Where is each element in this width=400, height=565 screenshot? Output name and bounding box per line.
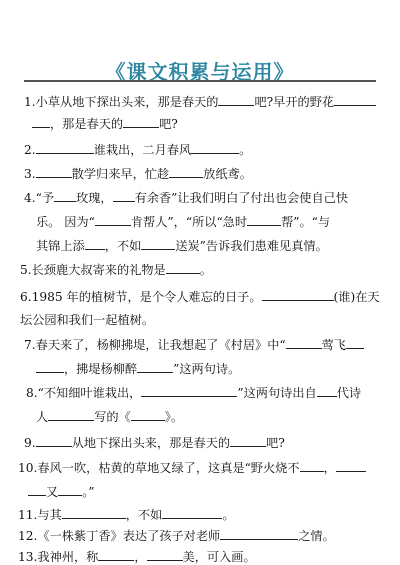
answer-blank[interactable] (141, 384, 237, 397)
question-text: 10.春风一吹，枯黄的草地又绿了，这真是“野火烧不 (18, 461, 300, 475)
answer-blank[interactable] (162, 506, 222, 519)
question-8-line-1: 8.“不知细叶谁栽出，”这两句诗出自代诗 (26, 384, 361, 401)
answer-blank[interactable] (36, 434, 72, 447)
question-text: 。” (82, 485, 94, 499)
question-text: 1.小草从地下探出头来，那是春天的 (24, 95, 218, 109)
question-text: 有余香”让我们明白了付出也会使自己快 (135, 191, 348, 205)
answer-blank[interactable] (28, 483, 46, 496)
answer-blank[interactable] (85, 237, 105, 250)
question-text: 又 (46, 485, 58, 499)
answer-blank[interactable] (247, 213, 281, 226)
question-3-line-1: 3.散学归来早，忙趁放纸鸢。 (24, 165, 252, 182)
question-11-line-1: 11.与其，不如。 (18, 506, 235, 523)
question-4-line-3: 其锦上添，不如送炭”告诉我们患难见真情。 (36, 237, 328, 254)
question-text: 13.我神州，称 (18, 550, 98, 564)
answer-blank[interactable] (262, 288, 334, 301)
answer-blank[interactable] (147, 548, 183, 561)
question-text: 2. (24, 143, 36, 157)
answer-blank[interactable] (286, 336, 322, 349)
question-text: 美，可入画。 (183, 550, 256, 564)
answer-blank[interactable] (220, 527, 298, 540)
question-text: 11.与其 (18, 508, 62, 522)
question-13-line-1: 13.我神州，称，美，可入画。 (18, 548, 256, 565)
answer-blank[interactable] (32, 115, 50, 128)
question-text: 吧? (266, 436, 285, 450)
question-text: ， (324, 461, 336, 475)
question-7-line-2: ，拂堤杨柳醉”这两句诗。 (36, 360, 240, 377)
question-text: 代诗 (337, 386, 361, 400)
answer-blank[interactable] (123, 115, 159, 128)
answer-blank[interactable] (131, 408, 165, 421)
question-text: 。 (222, 508, 234, 522)
question-1-line-1: 1.小草从地下探出头来，那是春天的吧?早开的野花 (24, 93, 376, 110)
answer-blank[interactable] (334, 93, 376, 106)
question-text: 吧? (159, 117, 178, 131)
question-text: 。 (239, 143, 251, 157)
question-6-line-2: 坛公园和我们一起植树。 (20, 312, 154, 328)
question-text: 莺飞 (322, 338, 346, 352)
question-text: ，不如 (105, 239, 142, 253)
question-text: 3. (24, 167, 36, 181)
answer-blank[interactable] (336, 459, 366, 472)
question-2-line-1: 2.谁栽出，二月春风。 (24, 141, 251, 158)
answer-blank[interactable] (36, 165, 72, 178)
question-9-line-1: 9.从地下探出头来，那是春天的吧? (24, 434, 285, 451)
question-text: 帮”。“与 (281, 215, 330, 229)
answer-blank[interactable] (98, 548, 134, 561)
question-text: ”这两句诗。 (173, 362, 240, 376)
question-text: 肯帮人”，“所以“急时 (131, 215, 247, 229)
answer-blank[interactable] (36, 141, 94, 154)
question-8-line-2: 人写的《》。 (36, 408, 183, 425)
question-text: 之情。 (298, 529, 335, 543)
question-6-line-1: 6.1985 年的植树节，是个令人难忘的日子。(谁)在天 (20, 288, 380, 305)
question-text: 7.春天来了，杨柳拂堤，让我想起了《村居》中“ (24, 338, 286, 352)
answer-blank[interactable] (346, 336, 364, 349)
question-text: 玫瑰， (76, 191, 113, 205)
question-text: 人 (36, 410, 48, 424)
question-text: ， (134, 550, 146, 564)
question-text: ，那是春天的 (50, 117, 123, 131)
answer-blank[interactable] (58, 483, 82, 496)
answer-blank[interactable] (169, 165, 203, 178)
question-text: 9. (24, 436, 36, 450)
question-text: 8.“不知细叶谁栽出， (26, 386, 141, 400)
question-text: ，拂堤杨柳醉 (64, 362, 137, 376)
answer-blank[interactable] (317, 384, 337, 397)
question-text: 从地下探出头来，那是春天的 (72, 436, 230, 450)
answer-blank[interactable] (191, 141, 239, 154)
question-text: 送炭”告诉我们患难见真情。 (175, 239, 327, 253)
question-text: 坛公园和我们一起植树。 (20, 313, 154, 327)
question-text: 6.1985 年的植树节，是个令人难忘的日子。 (20, 290, 262, 304)
question-1-line-2: ，那是春天的吧? (32, 115, 178, 132)
question-text: 散学归来早，忙趁 (72, 167, 170, 181)
answer-blank[interactable] (166, 261, 200, 274)
answer-blank[interactable] (62, 506, 126, 519)
question-text: 5.长颈鹿大叔寄来的礼物是 (20, 263, 166, 277)
answer-blank[interactable] (36, 360, 64, 373)
answer-blank[interactable] (218, 93, 254, 106)
question-text: (谁)在天 (334, 290, 380, 304)
answer-blank[interactable] (300, 459, 324, 472)
answer-blank[interactable] (95, 213, 131, 226)
question-text: 谁栽出，二月春风 (94, 143, 192, 157)
question-4-line-2: 乐。 因为“肯帮人”，“所以“急时帮”。“与 (36, 213, 330, 230)
question-4-line-1: 4.“予玫瑰，有余香”让我们明白了付出也会使自己快 (24, 189, 348, 206)
question-text: 吧?早开的野花 (254, 95, 334, 109)
question-10-line-1: 10.春风一吹，枯黄的草地又绿了，这真是“野火烧不， (18, 459, 366, 476)
answer-blank[interactable] (113, 189, 135, 202)
question-text: ”这两句诗出自 (237, 386, 316, 400)
question-text: 写的《 (94, 410, 131, 424)
question-text: ，不如 (126, 508, 163, 522)
answer-blank[interactable] (137, 360, 173, 373)
title-divider (24, 80, 376, 82)
question-5-line-1: 5.长颈鹿大叔寄来的礼物是。 (20, 261, 212, 278)
answer-blank[interactable] (54, 189, 76, 202)
answer-blank[interactable] (48, 408, 94, 421)
question-12-line-1: 12.《一株紫丁香》表达了孩子对老师之情。 (18, 527, 335, 544)
question-text: 其锦上添 (36, 239, 85, 253)
question-7-line-1: 7.春天来了，杨柳拂堤，让我想起了《村居》中“莺飞 (24, 336, 364, 353)
question-text: 乐。 因为“ (36, 215, 95, 229)
question-text: 》。 (165, 410, 183, 424)
question-text: 。 (200, 263, 212, 277)
answer-blank[interactable] (230, 434, 266, 447)
question-10-line-2: 又。” (28, 483, 95, 500)
answer-blank[interactable] (141, 237, 175, 250)
question-text: 放纸鸢。 (203, 167, 252, 181)
question-text: 12.《一株紫丁香》表达了孩子对老师 (18, 529, 220, 543)
question-text: 4.“予 (24, 191, 54, 205)
